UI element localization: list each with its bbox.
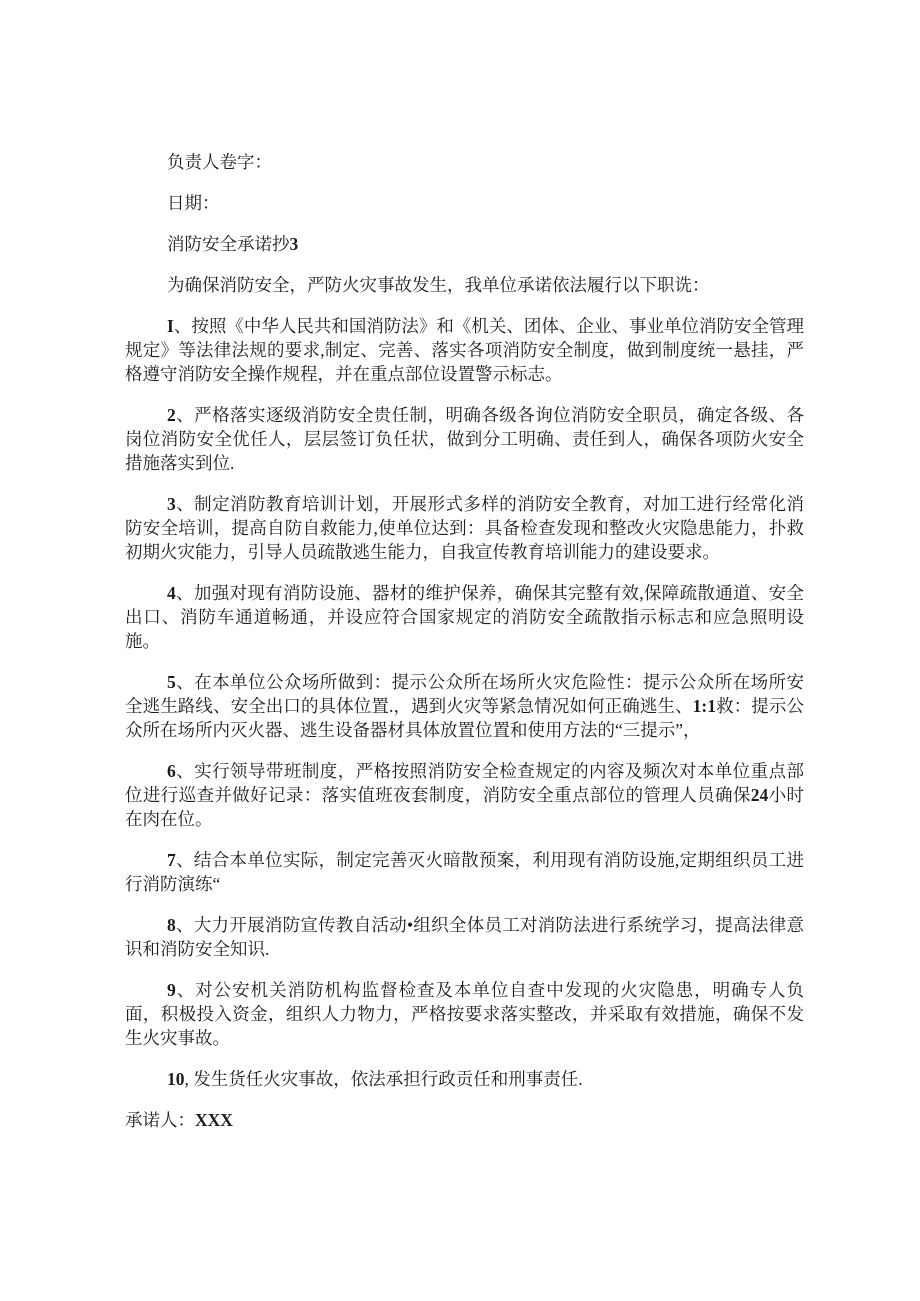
item-paragraph-4: 4、加强对现有消防设施、器材的维护保养，确保其完整有效,保障疏散通道、安全出口、… <box>125 581 804 653</box>
document-title: 消防安全承诺抄3 <box>125 232 804 256</box>
item-paragraph-8: 8、大力开展消防宣传教自活动•组织全体员工对消防法进行系统学习，提高法律意识和消… <box>125 913 804 961</box>
date-line: 日期： <box>125 191 804 215</box>
signature-line: 承诺人：XXX <box>125 1108 804 1132</box>
item-paragraph-7: 7、结合本单位实际，制定完善灭火暗散预案，利用现有消防设施,定期组织员工进行消防… <box>125 848 804 896</box>
item-paragraph-1: I、按照《中华人民共和国消防法》和《机关、团体、企业、事业单位消防安全管理规定》… <box>125 314 804 386</box>
item-paragraph-2: 2、严格落实逐级消防安全贵任制，明确各级各询位消防安全职员，确定各级、各岗位消防… <box>125 403 804 475</box>
item-paragraph-5: 5、在本单位公众场所做到：提示公众所在场所火灾危险性：提示公众所在场所安全逃生路… <box>125 670 804 742</box>
responsible-person-line: 负责人卷字： <box>125 150 804 174</box>
document-page: 负责人卷字： 日期： 消防安全承诺抄3 为确保消防安全，严防火灾事故发生，我单位… <box>125 150 804 1132</box>
item-paragraph-6: 6、实行领导带班制度，严格按照消防安全检查规定的内容及频次对本单位重点部位进行巡… <box>125 759 804 831</box>
intro-paragraph: 为确保消防安全，严防火灾事故发生，我单位承诺依法履行以下职诜： <box>125 273 804 297</box>
item-paragraph-9: 9、对公安机关消防机构监督检查及本单位自查中发现的火灾隐患，明确专人负面，积极投… <box>125 978 804 1050</box>
item-paragraph-3: 3、制定消防教育培训计划，开展形式多样的消防安全教育，对加工进行经常化消防安全培… <box>125 492 804 564</box>
item-paragraph-10: 10, 发生货任火灾事故，依法承担行政贡任和刑事责任. <box>125 1067 804 1091</box>
